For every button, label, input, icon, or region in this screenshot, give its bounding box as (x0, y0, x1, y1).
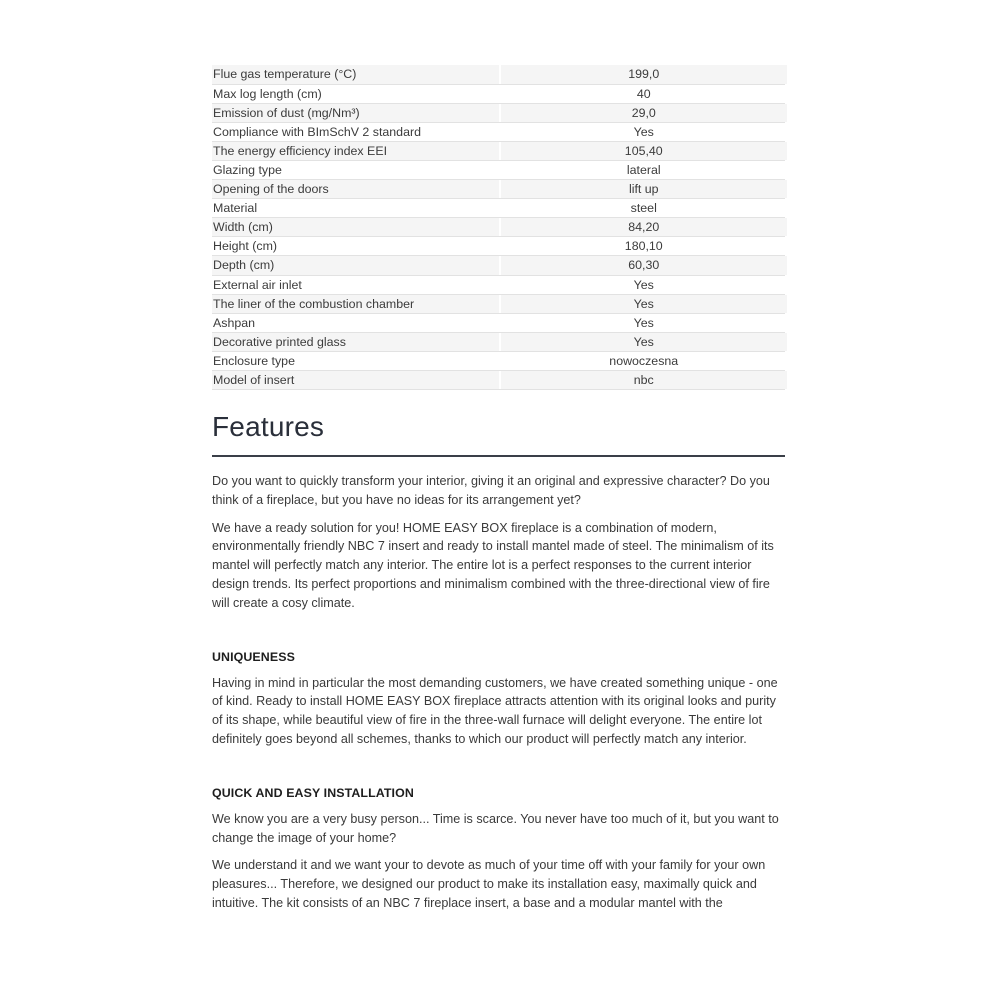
spec-label: Enclosure type (212, 351, 499, 370)
spec-label: External air inlet (212, 275, 499, 294)
spec-row: Decorative printed glassYes (212, 332, 785, 351)
specifications-table: Flue gas temperature (°C)199,0Max log le… (212, 65, 785, 390)
spec-value: 180,10 (501, 237, 788, 256)
specifications-table-body: Flue gas temperature (°C)199,0Max log le… (212, 65, 785, 390)
uniqueness-heading: UNIQUENESS (212, 650, 785, 664)
spec-label: Ashpan (212, 313, 499, 332)
spec-label: Glazing type (212, 160, 499, 179)
features-heading: Features (212, 411, 785, 457)
spec-value: 199,0 (501, 65, 788, 84)
spec-label: The liner of the combustion chamber (212, 294, 499, 313)
spec-row: Materialsteel (212, 199, 785, 218)
spec-row: Height (cm)180,10 (212, 237, 785, 256)
features-intro-paragraph: Do you want to quickly transform your in… (212, 472, 785, 510)
installation-paragraph: We understand it and we want your to dev… (212, 856, 785, 912)
spec-value: 60,30 (501, 256, 788, 275)
installation-heading: QUICK AND EASY INSTALLATION (212, 786, 785, 800)
spec-value: Yes (501, 332, 788, 351)
spec-row: Model of insertnbc (212, 371, 785, 390)
spec-label: Flue gas temperature (°C) (212, 65, 499, 84)
spec-row: Opening of the doorslift up (212, 180, 785, 199)
spec-value: 29,0 (501, 103, 788, 122)
spec-value: 40 (501, 84, 788, 103)
spec-row: Compliance with BImSchV 2 standardYes (212, 122, 785, 141)
spec-row: AshpanYes (212, 313, 785, 332)
spec-value: 84,20 (501, 218, 788, 237)
spec-row: Max log length (cm)40 (212, 84, 785, 103)
spec-row: External air inletYes (212, 275, 785, 294)
spec-label: Compliance with BImSchV 2 standard (212, 122, 499, 141)
spec-value: Yes (501, 313, 788, 332)
spec-value: lift up (501, 180, 788, 199)
spec-label: Depth (cm) (212, 256, 499, 275)
spec-label: Decorative printed glass (212, 332, 499, 351)
spec-label: Opening of the doors (212, 180, 499, 199)
spec-label: Height (cm) (212, 237, 499, 256)
spec-value: Yes (501, 122, 788, 141)
spec-row: Glazing typelateral (212, 160, 785, 179)
spec-row: The liner of the combustion chamberYes (212, 294, 785, 313)
uniqueness-paragraph: Having in mind in particular the most de… (212, 674, 785, 749)
spec-label: Material (212, 199, 499, 218)
spec-value: steel (501, 199, 788, 218)
spec-label: Width (cm) (212, 218, 499, 237)
product-description: Flue gas temperature (°C)199,0Max log le… (212, 65, 785, 913)
spec-value: nowoczesna (501, 351, 788, 370)
spec-value: 105,40 (501, 141, 788, 160)
spec-value: lateral (501, 160, 788, 179)
features-intro-paragraph: We have a ready solution for you! HOME E… (212, 519, 785, 613)
spec-label: The energy efficiency index EEI (212, 141, 499, 160)
spec-label: Emission of dust (mg/Nm³) (212, 103, 499, 122)
spec-row: Depth (cm)60,30 (212, 256, 785, 275)
installation-paragraph: We know you are a very busy person... Ti… (212, 810, 785, 848)
spec-row: Flue gas temperature (°C)199,0 (212, 65, 785, 84)
spec-row: The energy efficiency index EEI105,40 (212, 141, 785, 160)
spec-row: Enclosure typenowoczesna (212, 351, 785, 370)
spec-row: Width (cm)84,20 (212, 218, 785, 237)
spec-value: Yes (501, 294, 788, 313)
spec-value: Yes (501, 275, 788, 294)
spec-label: Model of insert (212, 371, 499, 390)
spec-value: nbc (501, 371, 788, 390)
spec-row: Emission of dust (mg/Nm³)29,0 (212, 103, 785, 122)
spec-label: Max log length (cm) (212, 84, 499, 103)
